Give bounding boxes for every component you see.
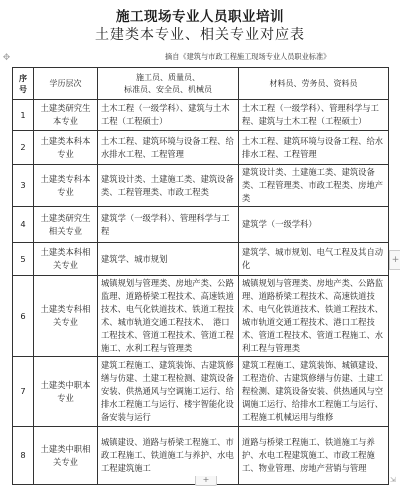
header-level: 学历层次 — [34, 68, 98, 100]
header-group-a: 施工员、质量员、 标准员、安全员、机械员 — [98, 68, 239, 100]
row-group-a: 建筑工程施工、建筑装饰、古建筑修缮与仿建、土建工程检测、建筑设备安装、供热通风与… — [98, 357, 239, 427]
row-group-a: 建筑学、城市规划 — [98, 243, 239, 276]
row-group-b: 土木工程、建筑环境与设备工程、给水排水工程、工程管理 — [239, 131, 389, 165]
row-num: 1 — [13, 100, 34, 131]
table-resize-handle-icon[interactable]: ⇲ — [390, 476, 398, 484]
row-level: 土建类研究生本专业 — [34, 100, 98, 131]
row-group-b: 建筑学、城市规划、电气工程及其自动化 — [239, 243, 389, 276]
row-group-a: 土木工程（一级学科）、建筑与土木工程（工程硕士） — [98, 100, 239, 131]
row-level: 土建类中职相关专业 — [34, 427, 98, 485]
row-num: 4 — [13, 207, 34, 243]
row-level: 土建类专科相关专业 — [34, 276, 98, 357]
row-num: 6 — [13, 276, 34, 357]
row-group-b: 城镇规划与管理类、房地产类、公路监理、道路桥梁工程技术、高速铁道技术、电气化铁道… — [239, 276, 389, 357]
row-group-a: 土木工程、建筑环境与设备工程、给水排水工程、工程管理 — [98, 131, 239, 165]
source-note: 摘自《建筑与市政工程施工现场专业人员职业标准》 — [165, 52, 330, 62]
row-num: 5 — [13, 243, 34, 276]
row-group-b: 道路与桥梁工程施工、铁道施工与养护、水电工程建筑施工、市政工程施工、物业管理、房… — [239, 427, 389, 485]
table-row: 7 土建类中职本专业 建筑工程施工、建筑装饰、古建筑修缮与仿建、土建工程检测、建… — [13, 357, 389, 427]
row-group-b: 建筑设计类、土建施工类、建筑设备类、工程管理类、市政工程类、房地产类 — [239, 165, 389, 207]
row-group-b: 建筑工程施工、建筑装饰、城镇建设、工程造价、古建筑修缮与仿建、土建工程检测、建筑… — [239, 357, 389, 427]
row-num: 3 — [13, 165, 34, 207]
row-group-a: 建筑设计类、土建施工类、建筑设备类、工程管理类、市政工程类 — [98, 165, 239, 207]
row-group-a: 城镇建设、道路与桥梁工程施工、市政工程施工、铁道施工与养护、水电工程建筑施工 — [98, 427, 239, 485]
row-group-a: 建筑学（一级学科）、管理科学与工程 — [98, 207, 239, 243]
row-num: 8 — [13, 427, 34, 485]
header-num: 序号 — [13, 68, 34, 100]
header-group-b: 材料员、劳务员、资料员 — [239, 68, 389, 100]
row-level: 土建类本科本专业 — [34, 131, 98, 165]
table-row: 1 土建类研究生本专业 土木工程（一级学科）、建筑与土木工程（工程硕士） 土木工… — [13, 100, 389, 131]
row-num: 7 — [13, 357, 34, 427]
add-column-button[interactable]: + — [389, 250, 400, 270]
header-group-a-line1: 施工员、质量员、 — [101, 72, 235, 84]
row-group-b: 建筑学（一级学科） — [239, 207, 389, 243]
table-row: 4 土建类研究生相关专业 建筑学（一级学科）、管理科学与工程 建筑学（一级学科） — [13, 207, 389, 243]
document-subtitle: 土建类本专业、相关专业对应表 — [0, 24, 400, 44]
table-row: 6 土建类专科相关专业 城镇规划与管理类、房地产类、公路监理、道路桥梁工程技术、… — [13, 276, 389, 357]
table-move-handle-icon[interactable]: ✥ — [2, 54, 11, 63]
table-row: 2 土建类本科本专业 土木工程、建筑环境与设备工程、给水排水工程、工程管理 土木… — [13, 131, 389, 165]
table-row: 5 土建类本科相关专业 建筑学、城市规划 建筑学、城市规划、电气工程及其自动化 — [13, 243, 389, 276]
header-group-a-line2: 标准员、安全员、机械员 — [101, 84, 235, 96]
add-row-button[interactable]: + — [195, 476, 217, 486]
row-level: 土建类专科本专业 — [34, 165, 98, 207]
table-header-row: 序号 学历层次 施工员、质量员、 标准员、安全员、机械员 材料员、劳务员、资料员 — [13, 68, 389, 100]
row-num: 2 — [13, 131, 34, 165]
document-title: 施工现场专业人员职业培训 — [0, 5, 400, 25]
row-group-a: 城镇规划与管理类、房地产类、公路监理、道路桥梁工程技术、高速铁道技术、电气化铁道… — [98, 276, 239, 357]
row-group-b: 土木工程（一级学科）、管理科学与工程、建筑与土木工程（工程硕士） — [239, 100, 389, 131]
row-level: 土建类研究生相关专业 — [34, 207, 98, 243]
specialty-table: 序号 学历层次 施工员、质量员、 标准员、安全员、机械员 材料员、劳务员、资料员… — [12, 67, 389, 485]
row-level: 土建类中职本专业 — [34, 357, 98, 427]
table-row: 3 土建类专科本专业 建筑设计类、土建施工类、建筑设备类、工程管理类、市政工程类… — [13, 165, 389, 207]
row-level: 土建类本科相关专业 — [34, 243, 98, 276]
